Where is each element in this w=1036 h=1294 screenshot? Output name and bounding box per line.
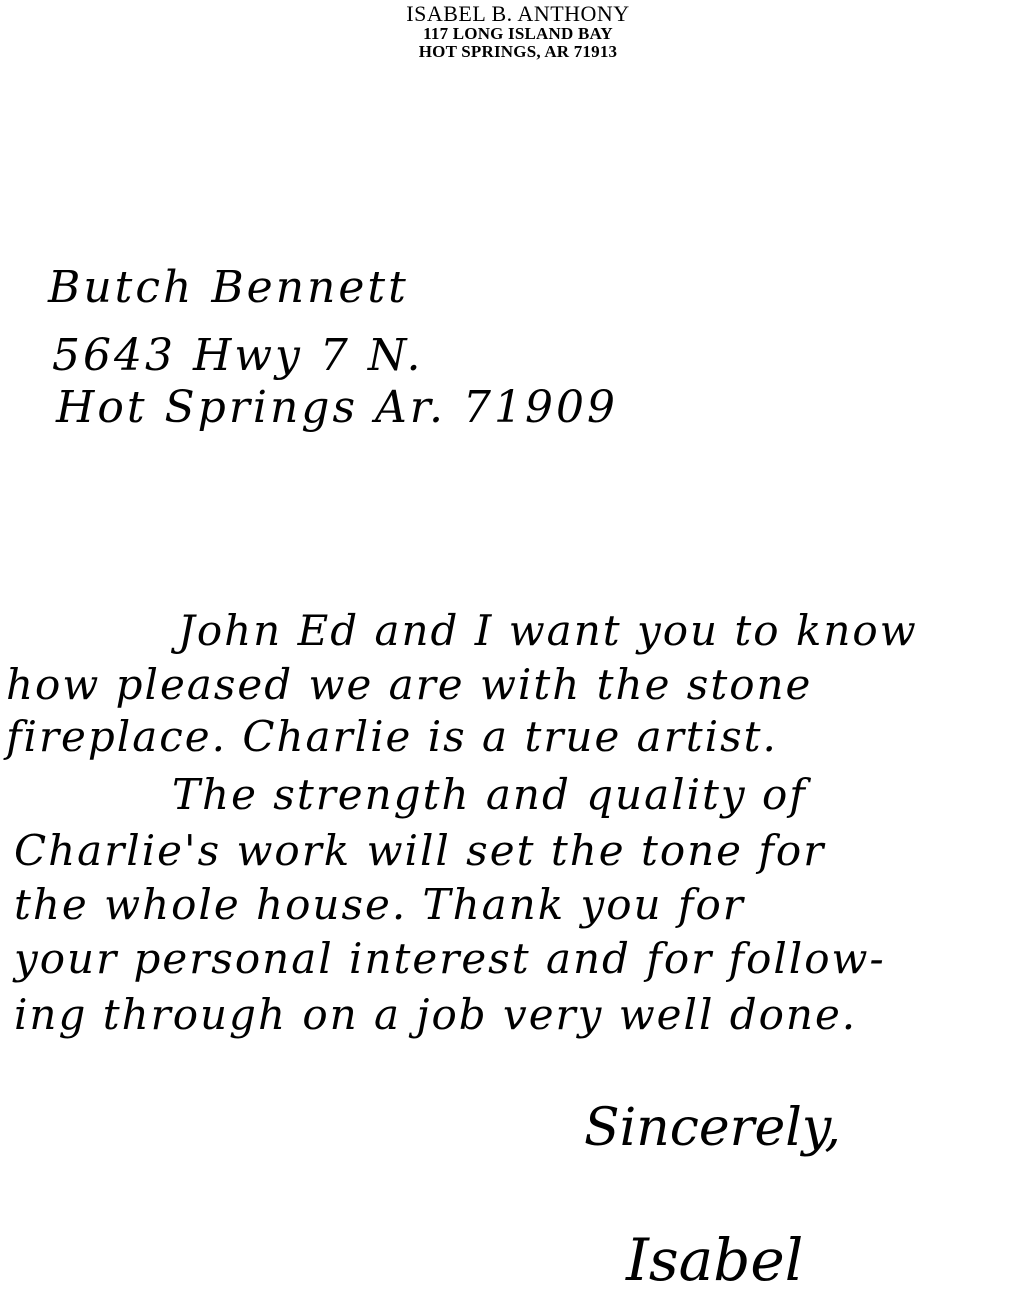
body-line: how pleased we are with the stone bbox=[6, 660, 812, 709]
body-line: fireplace. Charlie is a true artist. bbox=[6, 712, 778, 761]
signature: Isabel bbox=[626, 1226, 803, 1294]
sender-city: HOT SPRINGS, AR 71913 bbox=[0, 43, 1036, 61]
body-line: the whole house. Thank you for bbox=[14, 880, 745, 929]
recipient-name: Butch Bennett bbox=[48, 262, 409, 313]
sender-street: 117 LONG ISLAND BAY bbox=[0, 25, 1036, 43]
body-line: Charlie's work will set the tone for bbox=[14, 826, 825, 875]
body-line: your personal interest and for follow- bbox=[14, 934, 886, 983]
closing: Sincerely, bbox=[584, 1098, 841, 1158]
body-line: ing through on a job very well done. bbox=[14, 990, 857, 1039]
recipient-street: 5643 Hwy 7 N. bbox=[52, 330, 424, 381]
recipient-city: Hot Springs Ar. 71909 bbox=[56, 382, 618, 433]
sender-name: ISABEL B. ANTHONY bbox=[0, 2, 1036, 25]
letterhead: ISABEL B. ANTHONY 117 LONG ISLAND BAY HO… bbox=[0, 2, 1036, 61]
body-line: John Ed and I want you to know bbox=[178, 606, 918, 655]
body-line: The strength and quality of bbox=[172, 770, 807, 819]
